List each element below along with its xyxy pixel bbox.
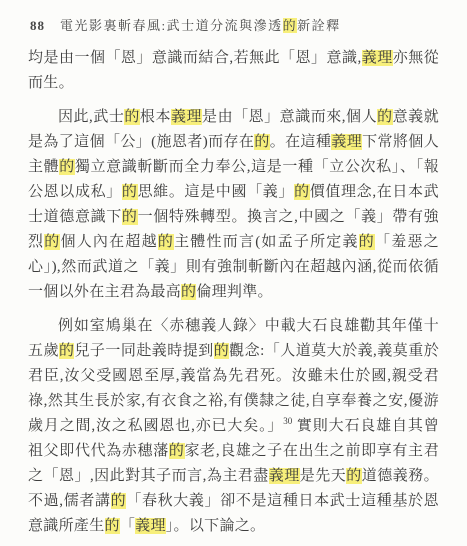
highlighted-term: 義理 bbox=[269, 468, 300, 484]
highlighted-term: 的 bbox=[105, 518, 120, 534]
text-run: 均是由一個「恩」意識而結合,若無此「恩」意識, bbox=[28, 50, 362, 66]
scanned-book-page: 88 電光影裏斬春風:武士道分流與滲透的新詮釋 均是由一個「恩」意識而結合,若無… bbox=[0, 0, 467, 546]
highlighted-term: 義理 bbox=[362, 50, 393, 66]
highlighted-term: 義理 bbox=[171, 109, 202, 125]
paragraph-3: 例如室鳩巢在〈赤穗義人錄〉中載大石良雄勸其年僅十五歲的兒子一同赴義時提到的觀念:… bbox=[28, 314, 439, 539]
highlighted-term: 的 bbox=[111, 493, 127, 509]
text-run: 是先天 bbox=[300, 468, 346, 484]
footnote-ref: 30 bbox=[283, 416, 292, 426]
text-run: 根本 bbox=[140, 109, 171, 125]
highlighted-term: 的 bbox=[346, 468, 362, 484]
highlighted-term: 的 bbox=[181, 284, 196, 300]
page-number: 88 bbox=[30, 18, 45, 34]
text-run: 主體性而言(如孟子所定義 bbox=[174, 234, 359, 250]
highlighted-term: 義理 bbox=[135, 518, 166, 534]
highlighted-term: 的 bbox=[158, 234, 174, 250]
highlighted-term: 的 bbox=[214, 343, 229, 359]
text-run: 」。以下論之。 bbox=[166, 518, 266, 534]
highlighted-term: 的 bbox=[122, 209, 138, 225]
highlighted-term: 的 bbox=[254, 134, 269, 150]
paragraph-1: 均是由一個「恩」意識而結合,若無此「恩」意識,義理亦無從而生。 bbox=[28, 46, 439, 96]
text-run: 是由「恩」意識而來,個人 bbox=[202, 109, 377, 125]
highlighted-term: 的 bbox=[59, 159, 75, 175]
text-run: 思維。這是中國「義」 bbox=[138, 184, 295, 200]
highlighted-term: 義理 bbox=[331, 134, 362, 150]
highlighted-term: 的 bbox=[59, 343, 74, 359]
highlighted-term: 的 bbox=[44, 234, 60, 250]
highlighted-term: 的 bbox=[294, 184, 310, 200]
highlighted-term: 的 bbox=[169, 443, 185, 459]
text-run: 電光影裏斬春風:武士道分流與滲透 bbox=[60, 18, 283, 33]
text-run: 倫理判準。 bbox=[196, 284, 273, 300]
page-body: 均是由一個「恩」意識而結合,若無此「恩」意識,義理亦無從而生。 因此,武士的根本… bbox=[0, 34, 467, 539]
paragraph-2: 因此,武士的根本義理是由「恩」意識而來,個人的意義就是為了這個「公」(施恩者)而… bbox=[28, 105, 439, 305]
highlighted-term: 的 bbox=[377, 109, 393, 125]
text-run: 因此,武士 bbox=[58, 109, 124, 125]
running-header: 88 電光影裏斬春風:武士道分流與滲透的新詮釋 bbox=[0, 0, 467, 34]
text-run: 新詮釋 bbox=[297, 18, 341, 33]
text-run: 「 bbox=[120, 518, 135, 534]
highlighted-term: 的 bbox=[124, 109, 140, 125]
chapter-title: 電光影裏斬春風:武士道分流與滲透的新詮釋 bbox=[60, 15, 341, 34]
highlighted-term: 的 bbox=[283, 18, 298, 33]
text-run: 。在這種 bbox=[270, 134, 332, 150]
highlighted-term: 的 bbox=[359, 234, 375, 250]
text-run: 個人內在超越 bbox=[60, 234, 157, 250]
highlighted-term: 的 bbox=[122, 184, 138, 200]
text-run: 兒子一同赴義時提到 bbox=[74, 343, 213, 359]
